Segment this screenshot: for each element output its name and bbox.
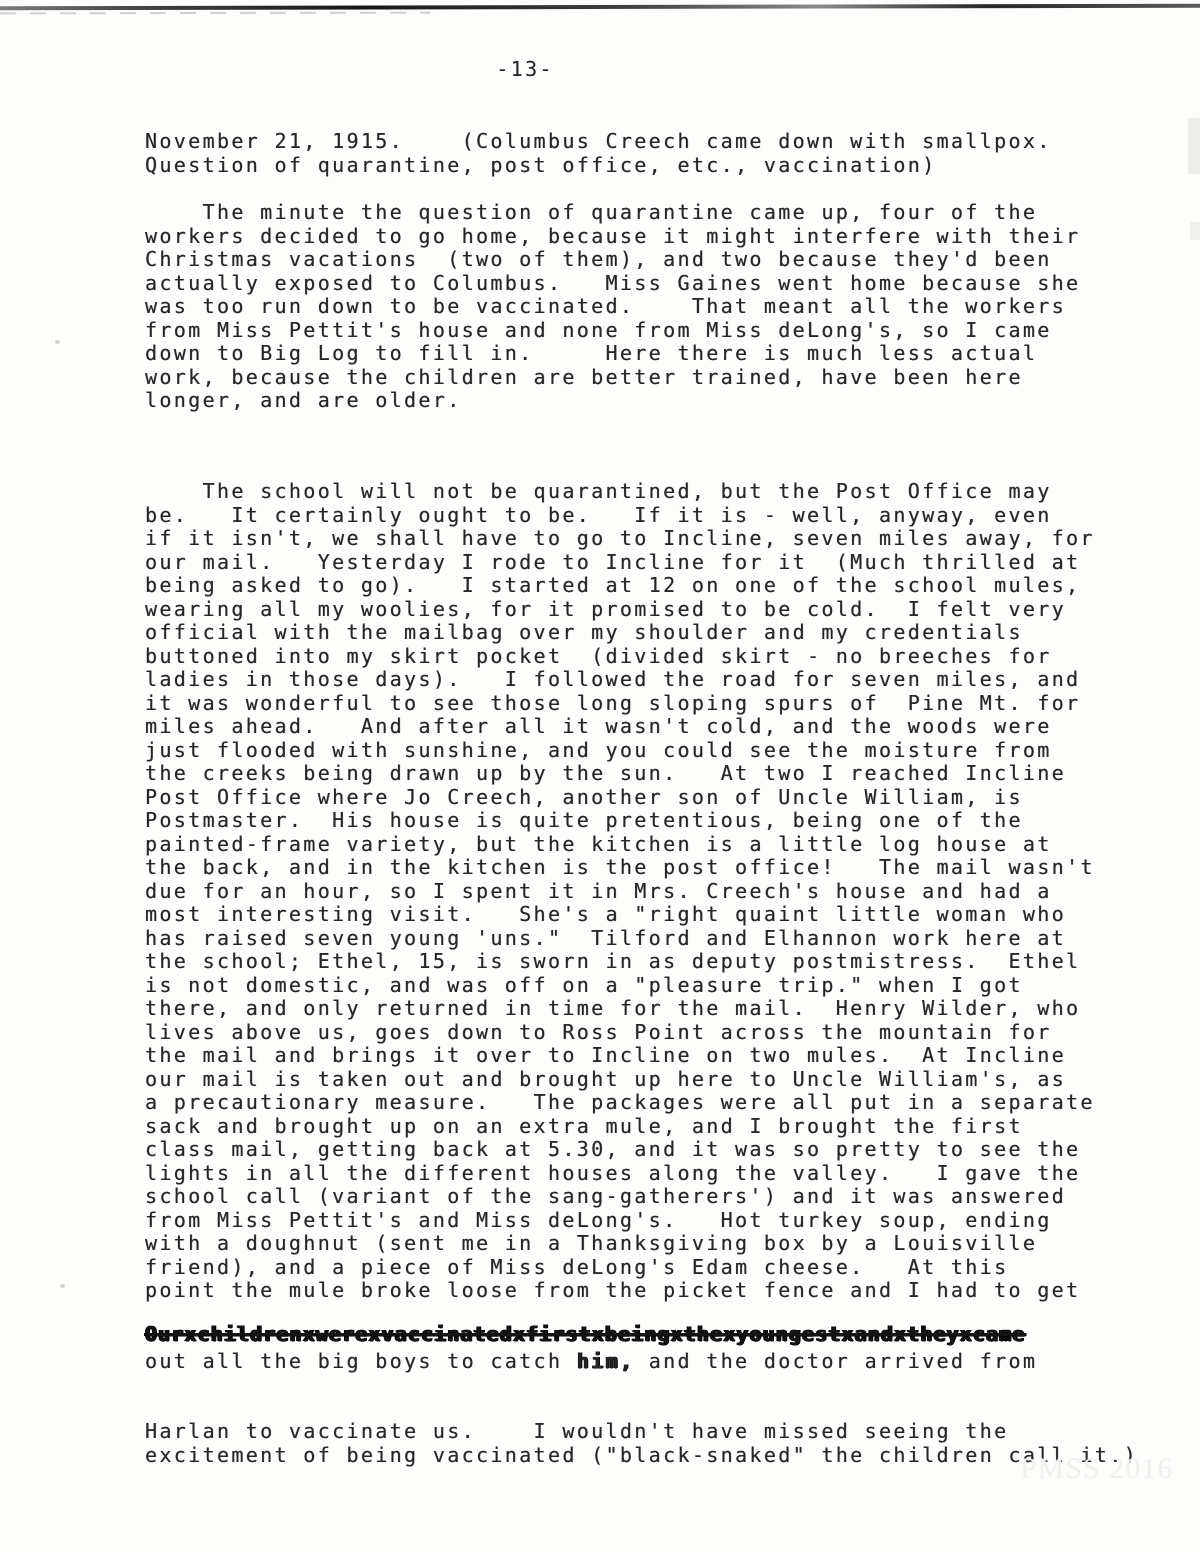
typed-line: longer, and are older. bbox=[145, 389, 1080, 413]
paragraph-2-lower: Harlan to vaccinate us. I wouldn't have … bbox=[145, 1420, 1138, 1467]
typed-line: due for an hour, so I spent it in Mrs. C… bbox=[145, 880, 1138, 904]
typed-line: our mail is taken out and brought up her… bbox=[145, 1068, 1138, 1092]
typed-line: The minute the question of quarantine ca… bbox=[145, 201, 1080, 225]
entry-heading: November 21, 1915. (Columbus Creech came… bbox=[145, 130, 1052, 177]
typed-line: from Miss Pettit's house and none from M… bbox=[145, 319, 1080, 343]
overstruck-word-him: him, bbox=[577, 1349, 635, 1373]
scan-artifact-top-line bbox=[0, 4, 1200, 11]
typed-line: most interesting visit. She's a "right q… bbox=[145, 903, 1138, 927]
typed-line: being asked to go). I started at 12 on o… bbox=[145, 574, 1138, 598]
typed-line: the school; Ethel, 15, is sworn in as de… bbox=[145, 950, 1138, 974]
typed-line: November 21, 1915. (Columbus Creech came… bbox=[145, 130, 1052, 154]
scan-edge-smudge bbox=[1188, 118, 1200, 174]
typed-line: be. It certainly ought to be. If it is -… bbox=[145, 504, 1138, 528]
typed-line: Christmas vacations (two of them), and t… bbox=[145, 248, 1080, 272]
typed-line: a precautionary measure. The packages we… bbox=[145, 1091, 1138, 1115]
scanned-document-page: -13- November 21, 1915. (Columbus Creech… bbox=[0, 0, 1200, 1553]
typed-line: lives above us, goes down to Ross Point … bbox=[145, 1021, 1138, 1045]
typed-line: the mail and brings it over to Incline o… bbox=[145, 1044, 1138, 1068]
typed-line: our mail. Yesterday I rode to Incline fo… bbox=[145, 551, 1138, 575]
typed-line: Postmaster. His house is quite pretentio… bbox=[145, 809, 1138, 833]
typed-line: point the mule broke loose from the pick… bbox=[145, 1279, 1138, 1303]
typed-line: just flooded with sunshine, and you coul… bbox=[145, 739, 1138, 763]
typed-line: it was wonderful to see those long slopi… bbox=[145, 692, 1138, 716]
page-number: -13- bbox=[0, 57, 1050, 81]
typed-line: workers decided to go home, because it m… bbox=[145, 225, 1080, 249]
watermark-pmss-2016: PMSS 2016 bbox=[1020, 1452, 1173, 1486]
typed-line: Question of quarantine, post office, etc… bbox=[145, 154, 1052, 178]
typed-line: school call (variant of the sang-gathere… bbox=[145, 1185, 1138, 1209]
typed-line: wearing all my woolies, for it promised … bbox=[145, 598, 1138, 622]
paragraph-1: The minute the question of quarantine ca… bbox=[145, 201, 1080, 413]
him-line-pre: out all the big boys to catch bbox=[145, 1349, 577, 1373]
typed-line: Harlan to vaccinate us. I wouldn't have … bbox=[145, 1420, 1138, 1444]
typed-line: down to Big Log to fill in. Here there i… bbox=[145, 342, 1080, 366]
typed-line-with-overstrike: out all the big boys to catch him, and t… bbox=[145, 1350, 1138, 1374]
typed-line: has raised seven young 'uns." Tilford an… bbox=[145, 927, 1138, 951]
scan-speck bbox=[60, 1284, 65, 1288]
him-line-post: and the doctor arrived from bbox=[634, 1349, 1037, 1373]
typed-line: painted-frame variety, but the kitchen i… bbox=[145, 833, 1138, 857]
typed-line: the creeks being drawn up by the sun. At… bbox=[145, 762, 1138, 786]
scan-edge-smudge bbox=[1190, 222, 1200, 240]
typed-line: was too run down to be vaccinated. That … bbox=[145, 295, 1080, 319]
struck-out-line: Ourxchildrenxwerexvaccinatedxfirstxbeing… bbox=[145, 1323, 1025, 1347]
typed-line: is not domestic, and was off on a "pleas… bbox=[145, 974, 1138, 998]
typed-line: excitement of being vaccinated ("black-s… bbox=[145, 1444, 1138, 1468]
typed-line: miles ahead. And after all it wasn't col… bbox=[145, 715, 1138, 739]
paragraph-2: The school will not be quarantined, but … bbox=[145, 433, 1138, 1514]
typed-line: the back, and in the kitchen is the post… bbox=[145, 856, 1138, 880]
typed-line: with a doughnut (sent me in a Thanksgivi… bbox=[145, 1232, 1138, 1256]
typed-line: if it isn't, we shall have to go to Incl… bbox=[145, 527, 1138, 551]
typed-line: buttoned into my skirt pocket (divided s… bbox=[145, 645, 1138, 669]
paragraph-2-upper: The school will not be quarantined, but … bbox=[145, 480, 1138, 1303]
typed-line: class mail, getting back at 5.30, and it… bbox=[145, 1138, 1138, 1162]
typed-line: ladies in those days). I followed the ro… bbox=[145, 668, 1138, 692]
typed-line: sack and brought up on an extra mule, an… bbox=[145, 1115, 1138, 1139]
typed-line: work, because the children are better tr… bbox=[145, 366, 1080, 390]
typed-line: there, and only returned in time for the… bbox=[145, 997, 1138, 1021]
typed-line: lights in all the different houses along… bbox=[145, 1162, 1138, 1186]
typed-line: Post Office where Jo Creech, another son… bbox=[145, 786, 1138, 810]
typed-line: actually exposed to Columbus. Miss Gaine… bbox=[145, 272, 1080, 296]
typed-line: official with the mailbag over my should… bbox=[145, 621, 1138, 645]
scan-artifact-dashes bbox=[0, 12, 430, 15]
typed-line: friend), and a piece of Miss deLong's Ed… bbox=[145, 1256, 1138, 1280]
typed-line: The school will not be quarantined, but … bbox=[145, 480, 1138, 504]
scan-speck bbox=[55, 340, 60, 344]
typed-line: from Miss Pettit's and Miss deLong's. Ho… bbox=[145, 1209, 1138, 1233]
